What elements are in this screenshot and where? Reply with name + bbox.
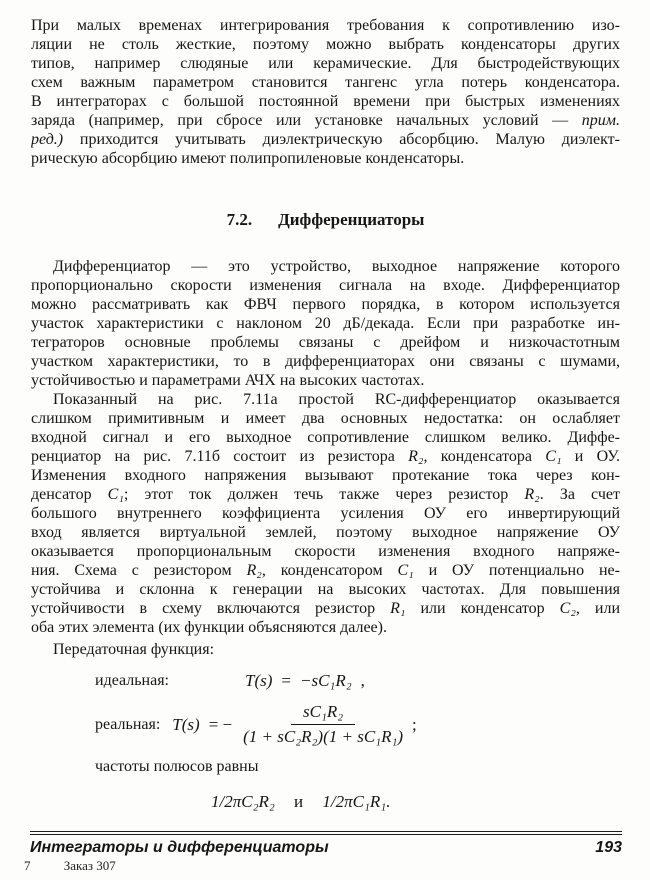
text-segment: , или xyxy=(576,600,620,617)
text-line: можно рассматривать как ФВЧ первого поря… xyxy=(31,295,620,314)
text-segment: ния. Схема с резистором xyxy=(31,562,246,579)
text-line: Изменения входного напряжения вызывают п… xyxy=(31,466,620,485)
text-segment: пропорционально скорости изменения сигна… xyxy=(31,277,620,294)
italic-text-segment: C₂ xyxy=(560,600,576,617)
text-line: заряда (например, при сбросе или установ… xyxy=(31,111,620,130)
real-lhs: T(s) xyxy=(172,715,199,735)
text-line: оказывается пропорциональным скорости из… xyxy=(31,542,620,561)
italic-text-segment: R₂ xyxy=(524,486,539,503)
ideal-lhs: T(s) xyxy=(245,671,272,690)
text-segment: большого внутреннего коэффициента усилен… xyxy=(31,505,620,522)
fraction-numerator: sC₁R₂ xyxy=(291,702,355,725)
text-segment: В интеграторах с большой постоянной врем… xyxy=(31,93,620,110)
text-line: Показанный на рис. 7.11а простой RC-дифф… xyxy=(31,390,620,409)
text-segment: и ОУ. xyxy=(562,448,621,465)
text-segment: устойчивости в схему включаются резистор xyxy=(31,600,390,617)
italic-text-segment: C₁ xyxy=(397,562,413,579)
text-segment: Дифференциатор — это устройство, выходно… xyxy=(53,258,620,275)
text-segment: Изменения входного напряжения вызывают п… xyxy=(31,467,620,484)
section-title: Дифференциаторы xyxy=(278,210,424,229)
real-label: реальная: xyxy=(95,716,160,734)
text-segment: входной сигнал и его выходное сопротивле… xyxy=(31,429,620,446)
text-line: При малых временах интегрирования требов… xyxy=(31,16,620,35)
text-line: большого внутреннего коэффициента усилен… xyxy=(31,504,620,523)
text-segment: ; этот ток должен течь также через резис… xyxy=(124,486,525,503)
transfer-function-intro: Передаточная функция: xyxy=(31,640,620,659)
text-segment: или конденсатор xyxy=(405,600,559,617)
italic-text-segment: R₂ xyxy=(408,448,423,465)
italic-text-segment: R₁ xyxy=(390,600,405,617)
signature-number: 7 xyxy=(24,858,31,873)
text-segment: Показанный на рис. 7.11а простой RC-дифф… xyxy=(53,391,620,408)
paragraph-rc-differentiator: Показанный на рис. 7.11а простой RC-дифф… xyxy=(31,390,620,637)
equals-sign: = xyxy=(281,671,291,690)
text-line: В интеграторах с большой постоянной врем… xyxy=(31,92,620,111)
text-line: участком характеристики, то в дифференци… xyxy=(31,352,620,371)
text-segment: оказывается пропорциональным скорости из… xyxy=(31,543,620,560)
book-page: При малых временах интегрирования требов… xyxy=(0,0,650,880)
paragraph-differentiator-intro: Дифференциатор — это устройство, выходно… xyxy=(31,257,620,390)
text-segment: вход является виртуальной землей, поэтом… xyxy=(31,524,620,541)
text-line: пропорционально скорости изменения сигна… xyxy=(31,276,620,295)
text-line: устойчивостью и параметрами АЧХ на высок… xyxy=(31,371,620,390)
text-line: ния. Схема с резистором R₂, конденсаторо… xyxy=(31,561,620,580)
text-segment: заряда (например, при сбросе или установ… xyxy=(31,112,582,129)
text-segment: , конденсатором xyxy=(262,562,398,579)
text-line: теграторов основные проблемы связаны с д… xyxy=(31,333,620,352)
text-segment: устойчива и склонна к генерации на высок… xyxy=(31,581,620,598)
real-transfer-row: реальная: T(s) = − sC₁R₂ (1 + sC₂R₂)(1 +… xyxy=(31,702,620,747)
page-content: При малых временах интегрирования требов… xyxy=(31,16,620,811)
page-number: 193 xyxy=(595,839,622,857)
order-number: Заказ 307 xyxy=(64,858,116,873)
text-segment: ляции не столь жесткие, поэтому можно вы… xyxy=(31,36,620,53)
italic-text-segment: ред.) xyxy=(31,131,63,148)
footer-rule xyxy=(30,831,622,835)
text-segment: теграторов основные проблемы связаны с д… xyxy=(31,334,620,351)
text-line: рическую абсорбцию имеют полипропиленовы… xyxy=(31,149,620,168)
ideal-formula: T(s) = −sC₁R₂ , xyxy=(245,671,365,690)
page-footer: Интеграторы и дифференциаторы 193 xyxy=(30,831,622,857)
real-punctuation: ; xyxy=(412,715,417,735)
section-heading: 7.2. Дифференциаторы xyxy=(31,210,620,229)
text-line: оба этих элемента (их функции объясняютс… xyxy=(31,618,620,637)
text-segment: типов, например слюдяные или керамически… xyxy=(31,55,620,72)
italic-text-segment: C₁ xyxy=(545,448,561,465)
text-line: участок характеристики с наклоном 20 дБ/… xyxy=(31,314,620,333)
ideal-punctuation: , xyxy=(361,671,365,690)
text-segment: устойчивостью и параметрами АЧХ на высок… xyxy=(31,372,424,389)
ideal-rhs: −sC₁R₂ xyxy=(300,671,352,690)
text-segment: схем важным параметром становится танген… xyxy=(31,74,620,91)
pole-frequency-1: 1/2πC₂R₂ xyxy=(211,792,275,811)
text-line: типов, например слюдяные или керамически… xyxy=(31,54,620,73)
poles-intro: частоты полюсов равны xyxy=(31,757,620,776)
text-segment: , конденсатора xyxy=(423,448,545,465)
italic-text-segment: прим. xyxy=(582,112,620,129)
footer-row: Интеграторы и дифференциаторы 193 xyxy=(30,839,622,857)
text-line: устойчива и склонна к генерации на высок… xyxy=(31,580,620,599)
text-line: вход является виртуальной землей, поэтом… xyxy=(31,523,620,542)
text-line: ред.) приходится учитывать диэлектрическ… xyxy=(31,130,620,149)
pole-frequency-2: 1/2πC₁R₁. xyxy=(322,792,390,811)
print-order-note: 7 Заказ 307 xyxy=(24,858,116,874)
text-line: устойчивости в схему включаются резистор… xyxy=(31,599,620,618)
paragraph-capacitors: При малых временах интегрирования требов… xyxy=(31,16,620,168)
text-line: Дифференциатор — это устройство, выходно… xyxy=(31,257,620,276)
text-segment: слишком примитивным и имеет два основных… xyxy=(31,410,620,427)
text-segment: и ОУ потенциально не- xyxy=(414,562,620,579)
text-line: схем важным параметром становится танген… xyxy=(31,73,620,92)
italic-text-segment: R₂ xyxy=(246,562,261,579)
section-number: 7.2. xyxy=(227,210,253,229)
text-segment: денсатор xyxy=(31,486,108,503)
fraction: sC₁R₂ (1 + sC₂R₂)(1 + sC₁R₁) xyxy=(243,702,403,747)
fraction-denominator: (1 + sC₂R₂)(1 + sC₁R₁) xyxy=(243,725,403,747)
text-segment: участок характеристики с наклоном 20 дБ/… xyxy=(31,315,620,332)
text-segment: приходится учитывать диэлектрическую абс… xyxy=(63,131,620,148)
conjunction: и xyxy=(294,792,303,811)
running-title: Интеграторы и дифференциаторы xyxy=(30,839,329,857)
text-segment: . За счет xyxy=(540,486,620,503)
text-line: денсатор C₁; этот ток должен течь также … xyxy=(31,485,620,504)
italic-text-segment: C₁ xyxy=(108,486,124,503)
text-line: входной сигнал и его выходное сопротивле… xyxy=(31,428,620,447)
text-segment: рическую абсорбцию имеют полипропиленовы… xyxy=(31,150,464,167)
text-segment: можно рассматривать как ФВЧ первого поря… xyxy=(31,296,620,313)
real-formula: T(s) = − sC₁R₂ (1 + sC₂R₂)(1 + sC₁R₁) ; xyxy=(172,702,416,747)
equals-minus-sign: = − xyxy=(209,715,232,735)
text-segment: оба этих элемента (их функции объясняютс… xyxy=(31,619,387,636)
ideal-label: идеальная: xyxy=(95,671,169,690)
poles-formula: 1/2πC₂R₂ и 1/2πC₁R₁. xyxy=(31,792,620,811)
ideal-transfer-row: идеальная: T(s) = −sC₁R₂ , xyxy=(31,671,620,690)
text-line: ренциатор на рис. 7.11б состоит из резис… xyxy=(31,447,620,466)
text-line: ляции не столь жесткие, поэтому можно вы… xyxy=(31,35,620,54)
text-segment: участком характеристики, то в дифференци… xyxy=(31,353,620,370)
text-segment: При малых временах интегрирования требов… xyxy=(31,17,620,34)
text-segment: ренциатор на рис. 7.11б состоит из резис… xyxy=(31,448,408,465)
text-line: слишком примитивным и имеет два основных… xyxy=(31,409,620,428)
